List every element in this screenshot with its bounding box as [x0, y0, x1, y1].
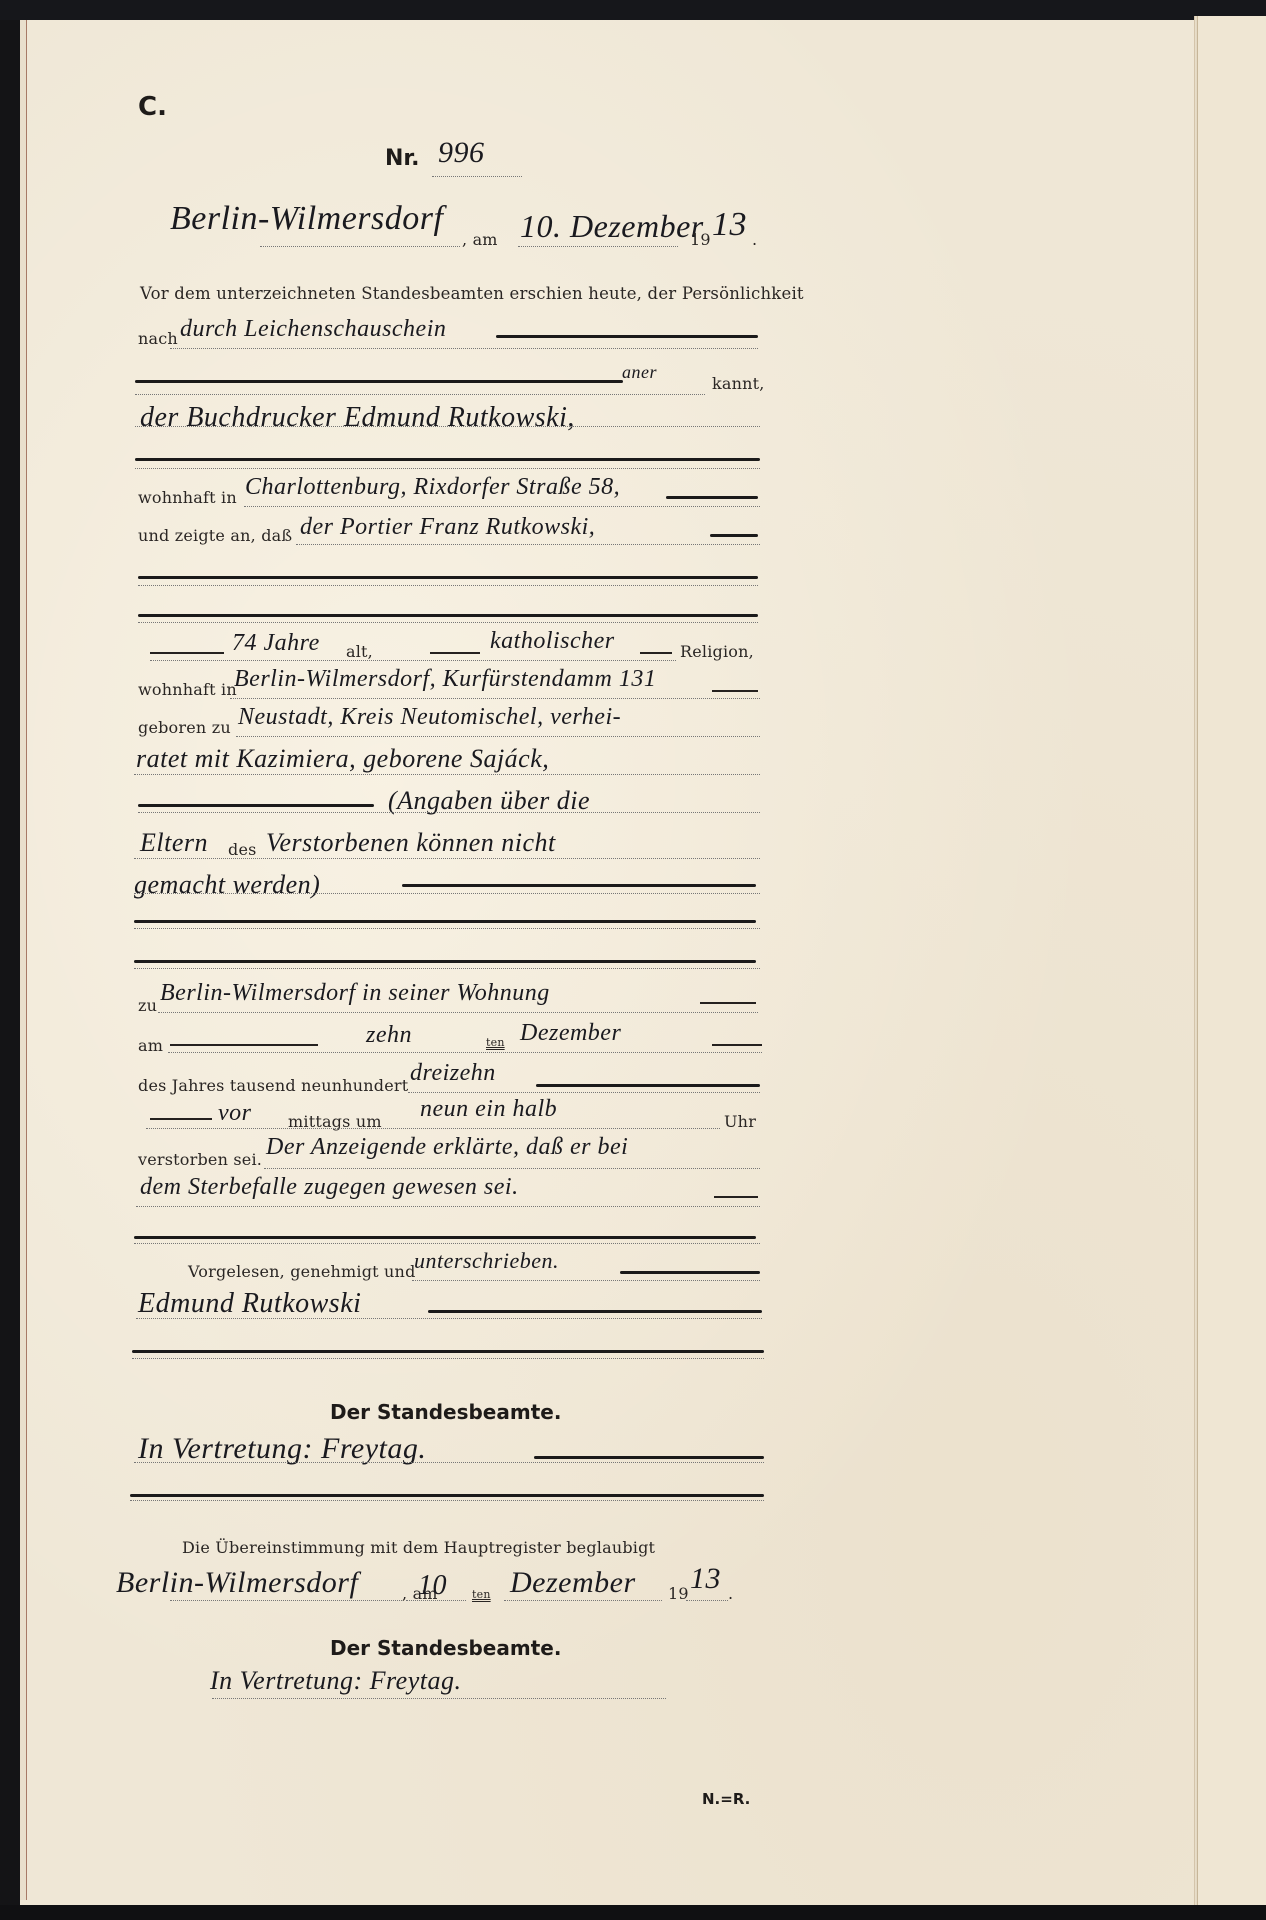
- death-ten-label: ten: [486, 1036, 505, 1049]
- date-line: [518, 246, 678, 247]
- deceased-name: der Portier Franz Rutkowski,: [300, 514, 595, 541]
- record-number: 996: [438, 136, 485, 170]
- religion: katholischer: [490, 628, 615, 655]
- fill-rule: [700, 1002, 756, 1004]
- death-am-label: am: [138, 1036, 163, 1055]
- number-label: Nr.: [385, 146, 419, 171]
- uhr-label: Uhr: [724, 1112, 756, 1131]
- line: [138, 812, 760, 813]
- line: [236, 736, 760, 737]
- line: [134, 1243, 760, 1244]
- fill-rule: [170, 1044, 318, 1046]
- footer-mark: N.=R.: [702, 1790, 750, 1808]
- line: [134, 1462, 764, 1463]
- line: [158, 1012, 758, 1013]
- fill-rule: [640, 652, 672, 654]
- fill-rule: [712, 690, 758, 692]
- line: [130, 1500, 764, 1501]
- official-signature: In Vertretung: Freytag.: [138, 1432, 426, 1466]
- fill-rule: [138, 804, 374, 807]
- fill-rule: [134, 1236, 756, 1239]
- fill-rule: [150, 652, 224, 654]
- fill-rule: [428, 1310, 762, 1313]
- remarks-line-2: dem Sterbefalle zugegen gewesen sei.: [140, 1174, 519, 1201]
- remarks-line-1: Der Anzeigende erklärte, daß er bei: [266, 1134, 628, 1161]
- official-title: Der Standesbeamte.: [330, 1400, 561, 1424]
- number-line: [432, 176, 522, 177]
- fill-rule: [130, 1494, 764, 1497]
- line: [134, 968, 760, 969]
- fill-rule: [534, 1456, 764, 1459]
- line: [296, 544, 760, 545]
- line: [244, 506, 760, 507]
- death-day: zehn: [366, 1022, 412, 1049]
- intro-text: Vor dem unterzeichneten Standesbeamten e…: [140, 284, 804, 303]
- line: [412, 1280, 760, 1281]
- fill-rule: [134, 960, 756, 963]
- certification-official-signature: In Vertretung: Freytag.: [210, 1666, 461, 1696]
- nach-label: nach: [138, 329, 178, 348]
- form-letter: C.: [138, 92, 167, 122]
- certification-month: Dezember: [510, 1566, 636, 1600]
- header-am-label: , am: [462, 230, 498, 249]
- line: [136, 1318, 762, 1319]
- death-year-label: des Jahres tausend neunhundert: [138, 1076, 408, 1095]
- fill-rule: [714, 1196, 758, 1198]
- line: [135, 468, 760, 469]
- line: [170, 1600, 402, 1601]
- certification-place: Berlin-Wilmersdorf: [116, 1566, 358, 1600]
- certification-official-title: Der Standesbeamte.: [330, 1636, 561, 1660]
- deceased-residence-label: wohnhaft in: [138, 680, 237, 699]
- religion-label: Religion,: [680, 642, 754, 661]
- report-label: und zeigte an, daß: [138, 526, 292, 545]
- line: [686, 1600, 728, 1601]
- birth-line-5: gemacht werden): [134, 870, 320, 900]
- fill-rule: [132, 1350, 764, 1353]
- fill-rule: [402, 884, 756, 887]
- certification-text: Die Übereinstimmung mit dem Hauptregiste…: [182, 1538, 655, 1557]
- scan-bottom-border: [0, 1905, 1266, 1920]
- header-place: Berlin-Wilmersdorf: [170, 200, 443, 238]
- birth-line-4a: Eltern: [140, 828, 208, 858]
- certification-year-suffix: 13: [690, 1562, 721, 1596]
- line: [135, 426, 760, 427]
- residence-label: wohnhaft in: [138, 488, 237, 507]
- line: [134, 893, 760, 894]
- informant: der Buchdrucker Edmund Rutkowski,: [140, 402, 575, 434]
- certification-day: 10: [418, 1570, 447, 1602]
- scan-top-border: [0, 0, 1266, 20]
- line: [230, 698, 760, 699]
- death-time: neun ein halb: [420, 1096, 557, 1123]
- line: [138, 585, 758, 586]
- place-line: [260, 246, 460, 247]
- birth-line-4b: Verstorbenen können nicht: [266, 828, 556, 858]
- line: [168, 1052, 762, 1053]
- remarks-label: verstorben sei.: [138, 1150, 262, 1169]
- line: [132, 1358, 764, 1359]
- header-year-prefix: 19: [690, 230, 711, 249]
- fill-rule: [135, 380, 623, 383]
- line: [134, 774, 760, 775]
- line: [135, 394, 705, 395]
- certification-year-end: .: [728, 1584, 733, 1603]
- identity-method: durch Leichenschauschein: [180, 316, 446, 343]
- birth-label: geboren zu: [138, 718, 231, 737]
- residence-value: Charlottenburg, Rixdorfer Straße 58,: [245, 474, 620, 501]
- header-date: 10. Dezember: [520, 208, 704, 245]
- birth-line-1: Neustadt, Kreis Neutomischel, verhei-: [238, 704, 621, 731]
- fill-rule: [496, 335, 758, 338]
- deceased-residence-value: Berlin-Wilmersdorf, Kurfürstendamm 131: [234, 666, 656, 693]
- alt-label: alt,: [346, 642, 373, 661]
- fill-rule: [430, 652, 480, 654]
- death-place-value: Berlin-Wilmersdorf in seiner Wohnung: [160, 980, 550, 1007]
- line: [408, 1092, 760, 1093]
- fill-rule: [150, 1118, 212, 1120]
- birth-line-2: ratet mit Kazimiera, geborene Sajáck,: [136, 744, 549, 774]
- informant-signature: Edmund Rutkowski: [138, 1288, 361, 1320]
- line: [504, 1600, 662, 1601]
- line: [136, 1206, 760, 1207]
- kannt-label: kannt,: [712, 374, 765, 393]
- signature-unterschrieben: unterschrieben.: [414, 1248, 559, 1274]
- certification-ten-label: ten: [472, 1588, 491, 1601]
- fill-rule: [138, 614, 758, 617]
- fill-rule: [666, 496, 758, 499]
- line: [150, 660, 676, 661]
- line: [406, 1600, 466, 1601]
- fill-rule: [135, 458, 760, 461]
- anerkannt-hand: aner: [622, 362, 657, 383]
- page-left-edge: [20, 20, 27, 1900]
- fill-rule: [620, 1271, 760, 1274]
- line: [264, 1168, 760, 1169]
- line: [170, 348, 758, 349]
- fill-rule: [134, 920, 756, 923]
- fill-rule: [536, 1084, 760, 1087]
- header-year-end: .: [752, 230, 757, 249]
- death-year: dreizehn: [410, 1060, 496, 1087]
- signature-label: Vorgelesen, genehmigt und: [188, 1262, 416, 1281]
- death-period: vor: [218, 1100, 252, 1127]
- next-leaf-edge: [1198, 16, 1266, 1906]
- header-year-suffix: 13: [712, 206, 747, 244]
- line: [138, 622, 758, 623]
- line: [134, 928, 760, 929]
- death-place-label: zu: [138, 996, 157, 1015]
- death-month: Dezember: [520, 1020, 621, 1047]
- fill-rule: [138, 576, 758, 579]
- fill-rule: [712, 1044, 762, 1046]
- line: [134, 858, 760, 859]
- line: [146, 1128, 720, 1129]
- birth-line-4-print: des: [228, 840, 257, 859]
- age: 74 Jahre: [232, 630, 320, 657]
- line: [212, 1698, 666, 1699]
- fill-rule: [710, 534, 758, 537]
